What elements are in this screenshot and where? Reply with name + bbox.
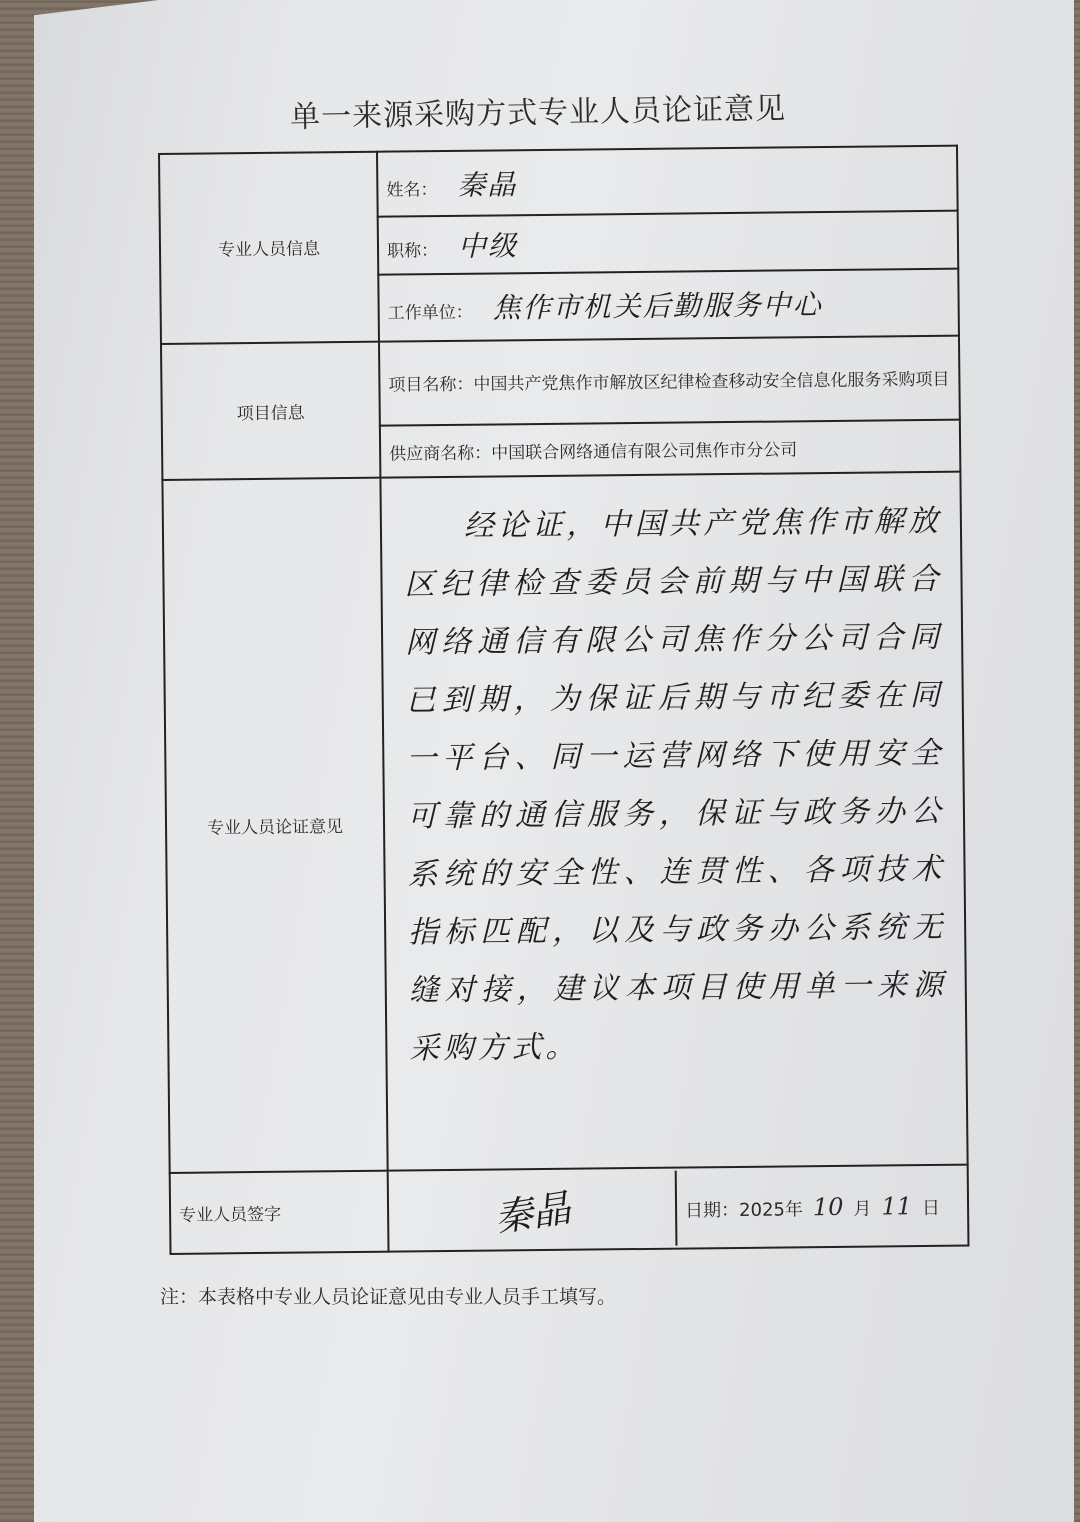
signature-cell: 秦晶: [389, 1171, 677, 1249]
name-field: 姓名：秦晶: [377, 146, 958, 217]
date-field: 日期：2025年10月11日: [676, 1168, 968, 1246]
project-name-value: 中国共产党焦作市解放区纪律检查移动安全信息化服务采购项目: [473, 370, 949, 395]
signature-subtable: 秦晶 日期：2025年10月11日: [389, 1168, 968, 1249]
date-day: 11: [881, 1192, 912, 1220]
title-label: 职称：: [387, 241, 438, 262]
signature-date-cell: 秦晶 日期：2025年10月11日: [388, 1165, 969, 1252]
date-day-suffix: 日: [922, 1197, 940, 1218]
footnote: 注：本表格中专业人员论证意见由专业人员手工填写。: [160, 1282, 616, 1309]
opinion-label: 专业人员论证意见: [162, 478, 387, 1173]
supplier-field: 供应商名称：中国联合网络通信有限公司焦作市分公司: [380, 420, 961, 479]
personnel-info-label: 专业人员信息: [159, 152, 379, 344]
date-month-suffix: 月: [853, 1198, 871, 1219]
date-month: 10: [813, 1192, 844, 1220]
unit-value: 焦作市机关后勤服务中心: [492, 288, 822, 324]
name-value: 秦晶: [457, 168, 517, 202]
document-title: 单一来源采购方式专业人员论证意见: [290, 83, 787, 136]
unit-label: 工作单位：: [388, 303, 473, 324]
opinion-handwritten-text: 经论证，中国共产党焦作市解放区纪律检查委员会前期与中国联合网络通信有限公司焦作分…: [380, 472, 967, 1171]
title-value: 中级: [458, 229, 518, 263]
date-year-suffix: 年: [785, 1199, 803, 1220]
signature-label: 专业人员签字: [170, 1171, 389, 1254]
name-label: 姓名：: [386, 180, 437, 201]
row-name: 专业人员信息 姓名：秦晶: [159, 146, 958, 219]
unit-field: 工作单位：焦作市机关后勤服务中心: [378, 268, 959, 341]
supplier-label: 供应商名称：: [389, 443, 491, 464]
row-signature: 专业人员签字 秦晶 日期：2025年10月11日: [170, 1165, 969, 1254]
project-info-label: 项目信息: [161, 342, 380, 481]
form-table: 专业人员信息 姓名：秦晶 职称：中级 工作单位：焦作市机关后勤服务中心 项目信息…: [158, 145, 969, 1255]
row-opinion: 专业人员论证意见 经论证，中国共产党焦作市解放区纪律检查委员会前期与中国联合网络…: [162, 472, 967, 1173]
project-name-label: 项目名称：: [388, 375, 473, 396]
argumentation-form: 专业人员信息 姓名：秦晶 职称：中级 工作单位：焦作市机关后勤服务中心 项目信息…: [158, 145, 969, 1255]
supplier-value: 中国联合网络通信有限公司焦作市分公司: [491, 440, 797, 463]
date-year: 2025: [739, 1199, 785, 1220]
date-label: 日期：: [685, 1200, 739, 1222]
handwritten-signature: 秦晶: [490, 1177, 573, 1243]
project-name-field: 项目名称：中国共产党焦作市解放区纪律检查移动安全信息化服务采购项目: [379, 336, 960, 426]
row-project-name: 项目信息 项目名称：中国共产党焦作市解放区纪律检查移动安全信息化服务采购项目: [161, 336, 960, 428]
title-field: 职称：中级: [378, 211, 959, 275]
